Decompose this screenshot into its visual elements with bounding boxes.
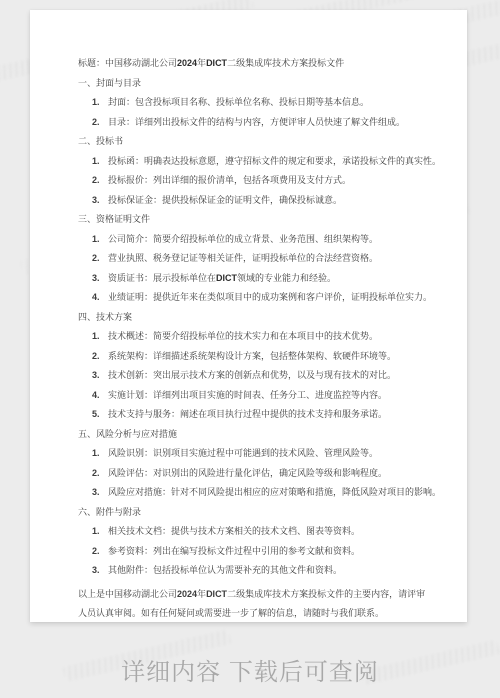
- list-item: 2.风险评估：对识别出的风险进行量化评估，确定风险等级和影响程度。: [78, 468, 429, 478]
- item-text: 投标保证金：提供投标保证金的证明文件，确保投标诚意。: [108, 195, 342, 205]
- doc-title: 标题：中国移动湖北公司2024年DICT二级集成库技术方案投标文件: [78, 58, 429, 68]
- section-heading: 一、封面与目录: [78, 78, 429, 88]
- list-item: 3.风险应对措施：针对不同风险提出相应的应对策略和措施，降低风险对项目的影响。: [78, 487, 429, 497]
- item-number: 2.: [92, 468, 108, 478]
- item-number: 1.: [92, 156, 108, 166]
- list-item: 3.投标保证金：提供投标保证金的证明文件，确保投标诚意。: [78, 195, 429, 205]
- item-number: 3.: [92, 195, 108, 205]
- item-text: 公司简介：简要介绍投标单位的成立背景、业务范围、组织架构等。: [108, 234, 378, 244]
- list-item: 2.参考资料：列出在编写投标文件过程中引用的参考文献和资料。: [78, 546, 429, 556]
- item-text: 业绩证明：提供近年来在类似项目中的成功案例和客户评价，证明投标单位实力。: [108, 292, 432, 302]
- section-heading: 二、投标书: [78, 136, 429, 146]
- section-heading: 六、附件与附录: [78, 507, 429, 517]
- item-number: 2.: [92, 351, 108, 361]
- item-number: 1.: [92, 97, 108, 107]
- document-body: 标题：中国移动湖北公司2024年DICT二级集成库技术方案投标文件一、封面与目录…: [78, 58, 429, 624]
- list-item: 2.投标报价：列出详细的报价清单，包括各项费用及支付方式。: [78, 175, 429, 185]
- item-text: 风险评估：对识别出的风险进行量化评估，确定风险等级和影响程度。: [108, 468, 387, 478]
- item-text: 目录：详细列出投标文件的结构与内容，方便评审人员快速了解文件组成。: [108, 117, 405, 127]
- list-item: 3.其他附件：包括投标单位认为需要补充的其他文件和资料。: [78, 565, 429, 575]
- item-text: 技术支持与服务：阐述在项目执行过程中提供的技术支持和服务承诺。: [108, 409, 387, 419]
- closing-paragraph: 以上是中国移动湖北公司2024年DICT二级集成库技术方案投标文件的主要内容，请…: [78, 585, 429, 624]
- item-number: 3.: [92, 565, 108, 575]
- item-text: 风险识别：识别项目实施过程中可能遇到的技术风险、管理风险等。: [108, 448, 378, 458]
- list-item: 3.资质证书：展示投标单位在DICT领域的专业能力和经验。: [78, 273, 429, 283]
- list-item: 4.业绩证明：提供近年来在类似项目中的成功案例和客户评价，证明投标单位实力。: [78, 292, 429, 302]
- item-text: 营业执照、税务登记证等相关证件，证明投标单位的合法经营资格。: [108, 253, 378, 263]
- list-item: 4.实施计划：详细列出项目实施的时间表、任务分工、进度监控等内容。: [78, 390, 429, 400]
- item-text: 其他附件：包括投标单位认为需要补充的其他文件和资料。: [108, 565, 342, 575]
- list-item: 2.目录：详细列出投标文件的结构与内容，方便评审人员快速了解文件组成。: [78, 117, 429, 127]
- preview-footer-note: 详细内容 下载后可查阅: [0, 652, 500, 687]
- list-item: 5.技术支持与服务：阐述在项目执行过程中提供的技术支持和服务承诺。: [78, 409, 429, 419]
- item-number: 4.: [92, 390, 108, 400]
- section-heading: 四、技术方案: [78, 312, 429, 322]
- item-number: 3.: [92, 370, 108, 380]
- list-item: 1.公司简介：简要介绍投标单位的成立背景、业务范围、组织架构等。: [78, 234, 429, 244]
- item-number: 2.: [92, 117, 108, 127]
- item-number: 2.: [92, 175, 108, 185]
- item-text: 相关技术文档：提供与技术方案相关的技术文档、图表等资料。: [108, 526, 360, 536]
- document-page: 标题：中国移动湖北公司2024年DICT二级集成库技术方案投标文件一、封面与目录…: [30, 10, 467, 622]
- item-text: 投标报价：列出详细的报价清单，包括各项费用及支付方式。: [108, 175, 351, 185]
- item-text: 资质证书：展示投标单位在DICT领域的专业能力和经验。: [108, 273, 336, 283]
- item-text: 风险应对措施：针对不同风险提出相应的应对策略和措施，降低风险对项目的影响。: [108, 487, 441, 497]
- item-number: 1.: [92, 526, 108, 536]
- list-item: 1.风险识别：识别项目实施过程中可能遇到的技术风险、管理风险等。: [78, 448, 429, 458]
- list-item: 2.营业执照、税务登记证等相关证件，证明投标单位的合法经营资格。: [78, 253, 429, 263]
- item-text: 系统架构：详细描述系统架构设计方案，包括整体架构、软硬件环境等。: [108, 351, 396, 361]
- list-item: 2.系统架构：详细描述系统架构设计方案，包括整体架构、软硬件环境等。: [78, 351, 429, 361]
- item-text: 技术创新：突出展示技术方案的创新点和优势，以及与现有技术的对比。: [108, 370, 396, 380]
- section-heading: 五、风险分析与应对措施: [78, 429, 429, 439]
- item-number: 1.: [92, 234, 108, 244]
- item-text: 投标函：明确表达投标意愿，遵守招标文件的规定和要求，承诺投标文件的真实性。: [108, 156, 441, 166]
- item-text: 技术概述：简要介绍投标单位的技术实力和在本项目中的技术优势。: [108, 331, 378, 341]
- item-number: 2.: [92, 546, 108, 556]
- item-text: 实施计划：详细列出项目实施的时间表、任务分工、进度监控等内容。: [108, 390, 387, 400]
- item-number: 3.: [92, 487, 108, 497]
- item-number: 1.: [92, 448, 108, 458]
- item-number: 5.: [92, 409, 108, 419]
- item-number: 3.: [92, 273, 108, 283]
- list-item: 3.技术创新：突出展示技术方案的创新点和优势，以及与现有技术的对比。: [78, 370, 429, 380]
- item-number: 1.: [92, 331, 108, 341]
- list-item: 1.相关技术文档：提供与技术方案相关的技术文档、图表等资料。: [78, 526, 429, 536]
- item-number: 2.: [92, 253, 108, 263]
- list-item: 1.技术概述：简要介绍投标单位的技术实力和在本项目中的技术优势。: [78, 331, 429, 341]
- list-item: 1.封面：包含投标项目名称、投标单位名称、投标日期等基本信息。: [78, 97, 429, 107]
- item-number: 4.: [92, 292, 108, 302]
- item-text: 参考资料：列出在编写投标文件过程中引用的参考文献和资料。: [108, 546, 360, 556]
- preview-canvas: { "document": { "title": "标题：中国移动湖北公司202…: [0, 0, 500, 698]
- section-heading: 三、资格证明文件: [78, 214, 429, 224]
- item-text: 封面：包含投标项目名称、投标单位名称、投标日期等基本信息。: [108, 97, 369, 107]
- list-item: 1.投标函：明确表达投标意愿，遵守招标文件的规定和要求，承诺投标文件的真实性。: [78, 156, 429, 166]
